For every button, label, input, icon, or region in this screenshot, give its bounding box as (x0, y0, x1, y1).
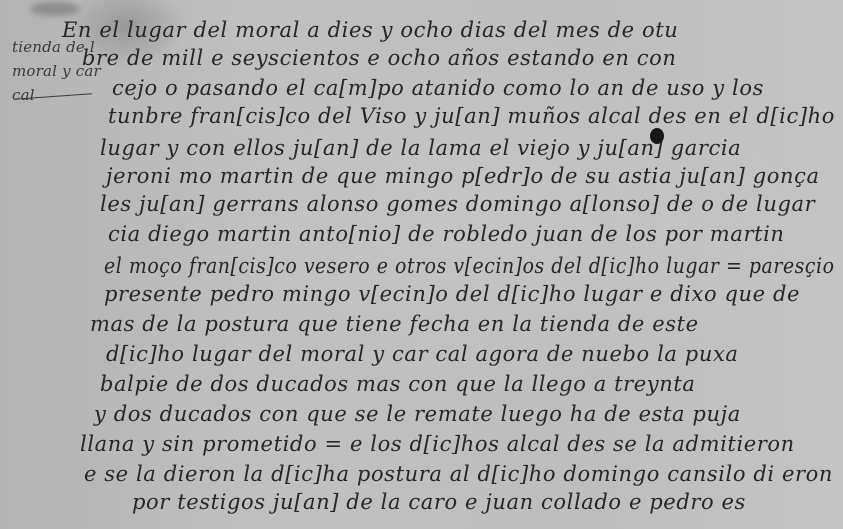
manuscript-line: lugar y con ellos ju[an] de la lama el v… (100, 136, 741, 160)
manuscript-page: tienda de l moral y car cal En el lugar … (0, 0, 843, 529)
ink-smudge (30, 2, 80, 16)
manuscript-line: En el lugar del moral a dies y ocho dias… (62, 18, 678, 42)
margin-note-line-3: cal (12, 86, 35, 104)
manuscript-line: e se la dieron la d[ic]ha postura al d[i… (84, 462, 833, 486)
manuscript-line: les ju[an] gerrans alonso gomes domingo … (100, 192, 815, 216)
manuscript-line: presente pedro mingo v[ecin]o del d[ic]h… (104, 282, 800, 306)
manuscript-line: balpie de dos ducados mas con que la lle… (100, 372, 696, 396)
manuscript-line: jeroni mo martin de que mingo p[edr]o de… (106, 164, 820, 188)
manuscript-line: llana y sin prometido = e los d[ic]hos a… (80, 432, 795, 456)
manuscript-line: tunbre fran[cis]co del Viso y ju[an] muñ… (108, 104, 835, 128)
manuscript-line: d[ic]ho lugar del moral y car cal agora … (106, 342, 739, 366)
manuscript-line: mas de la postura que tiene fecha en la … (90, 312, 699, 336)
manuscript-line: cejo o pasando el ca[m]po atanido como l… (112, 76, 764, 100)
manuscript-line: bre de mill e seyscientos e ocho años es… (82, 46, 676, 70)
manuscript-line: y dos ducados con que se le remate luego… (94, 402, 741, 426)
manuscript-line: por testigos ju[an] de la caro e juan co… (132, 490, 746, 514)
manuscript-line: el moço fran[cis]co vesero e otros v[eci… (104, 254, 835, 278)
manuscript-line: cia diego martin anto[nio] de robledo ju… (108, 222, 785, 246)
ink-blot (650, 128, 664, 144)
